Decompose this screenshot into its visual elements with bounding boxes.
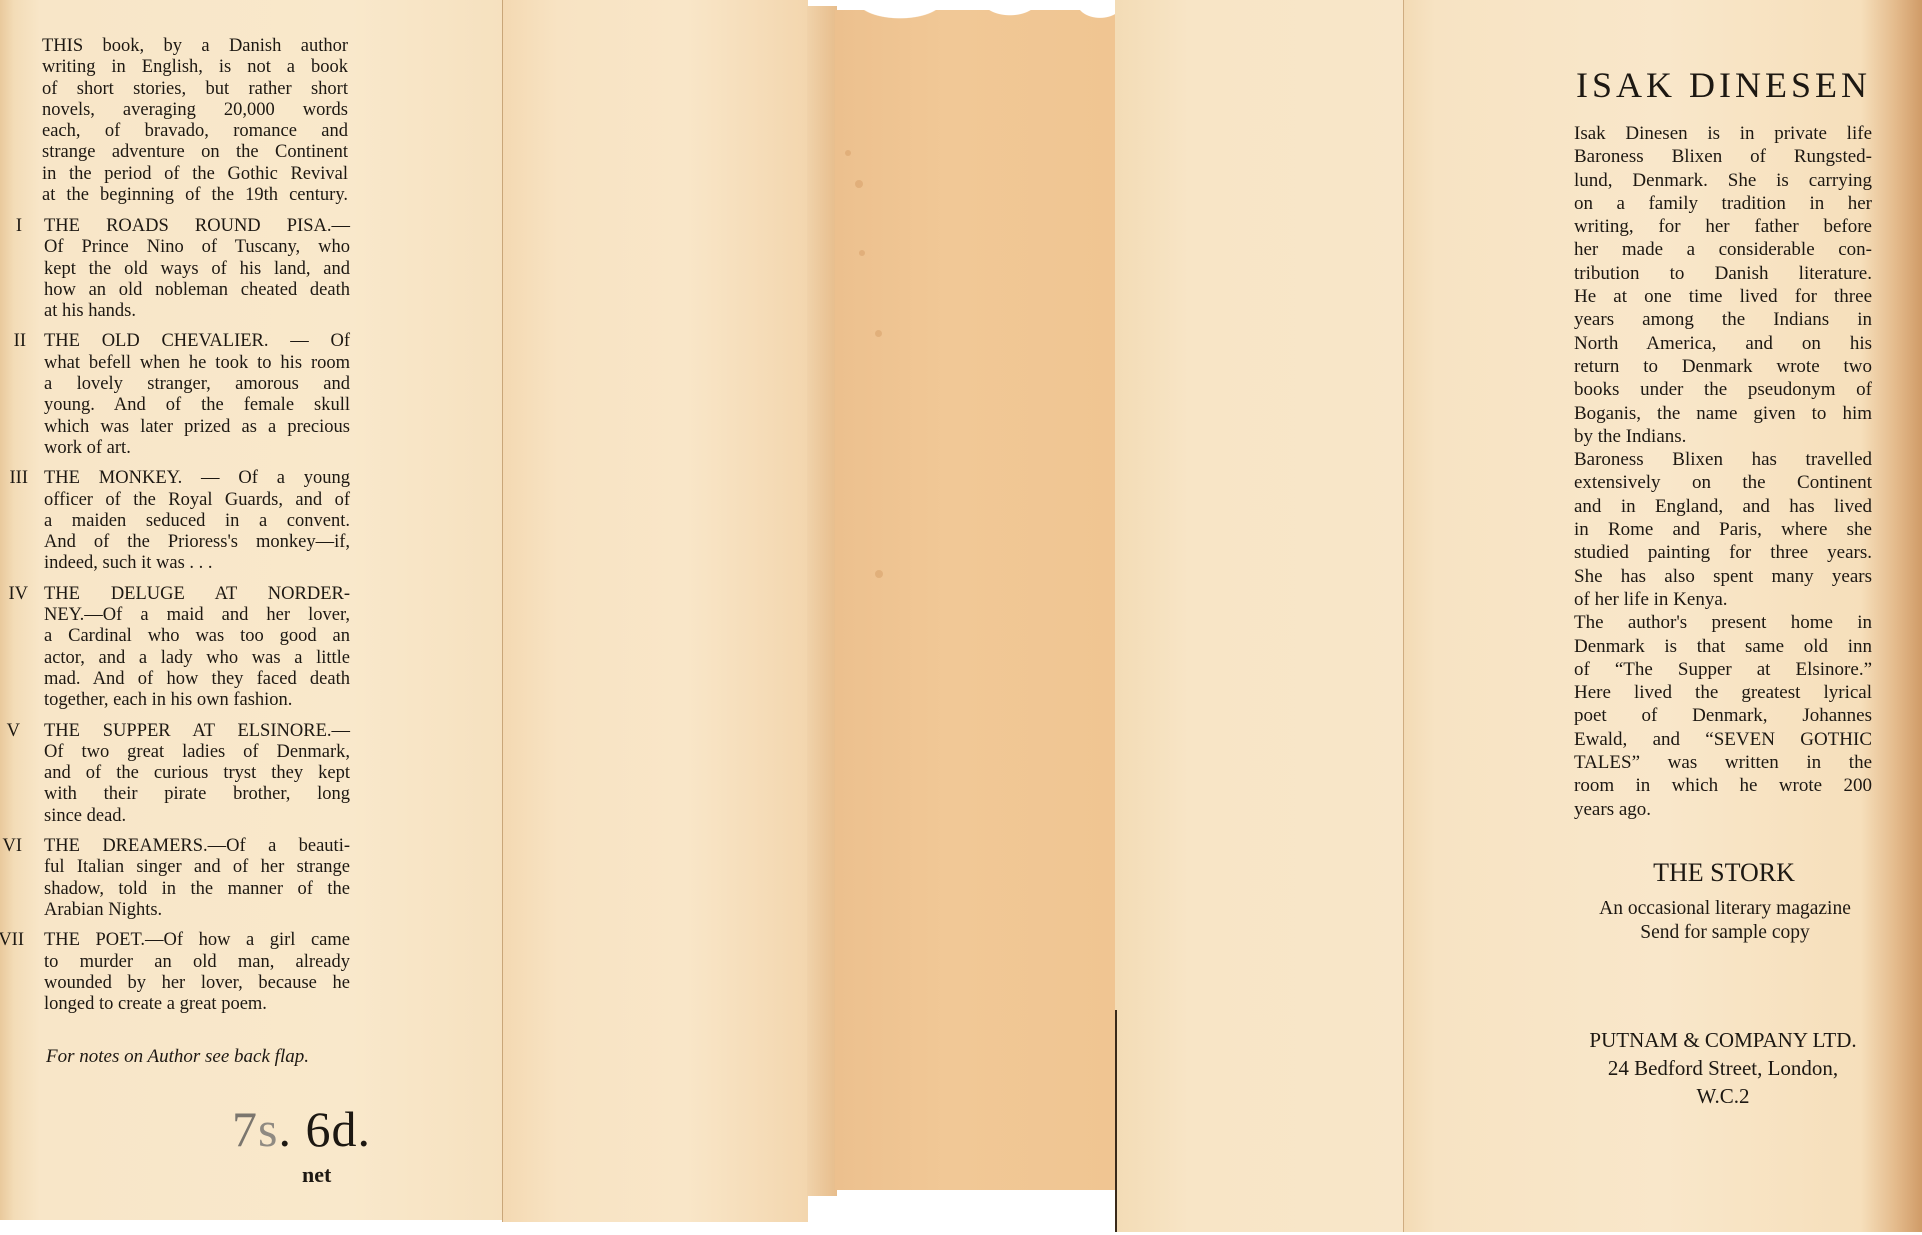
stain-spot bbox=[859, 250, 865, 256]
price-s: s bbox=[258, 1101, 278, 1157]
stain-spot bbox=[875, 570, 883, 578]
tale-title-line: THE SUPPER AT ELSINORE.— bbox=[44, 721, 350, 742]
bio-line: of her life in Kenya. bbox=[1574, 588, 1872, 611]
tale-line: ful Italian singer and of her strange bbox=[44, 857, 350, 878]
front-inner-panel bbox=[1115, 0, 1405, 1232]
tale-description: THE OLD CHEVALIER. — Of what befell when… bbox=[44, 331, 350, 459]
bio-line: studied painting for three years. bbox=[1574, 541, 1872, 564]
tale-entry: IV THE DELUGE AT NORDER- NEY.—Of a maid … bbox=[0, 584, 360, 712]
tale-title-line: THE ROADS ROUND PISA.— bbox=[44, 216, 350, 237]
bio-line: Baroness Blixen of Rungsted- bbox=[1574, 145, 1872, 168]
intro-line: in the period of the Gothic Revival bbox=[42, 164, 348, 185]
intro-line: of short stories, but rather short bbox=[42, 79, 348, 100]
tale-line: a lovely stranger, amorous and bbox=[44, 374, 350, 395]
bio-line: Isak Dinesen is in private life bbox=[1574, 122, 1872, 145]
publisher-address: 24 Bedford Street, London, bbox=[1558, 1056, 1888, 1081]
bio-line: poet of Denmark, Johannes bbox=[1574, 704, 1872, 727]
intro-line: each, of bravado, romance and bbox=[42, 121, 348, 142]
tale-entry: III THE MONKEY. — Of a young officer of … bbox=[0, 468, 360, 574]
bio-line: of “The Supper at Elsinore.” bbox=[1574, 658, 1872, 681]
tale-line: wounded by her lover, because he bbox=[44, 973, 350, 994]
tale-line: with their pirate brother, long bbox=[44, 784, 350, 805]
tale-entry: II THE OLD CHEVALIER. — Of what befell w… bbox=[0, 331, 360, 459]
tale-line: since dead. bbox=[44, 806, 350, 827]
tale-line: at his hands. bbox=[44, 301, 350, 322]
tale-title-line: THE POET.—Of how a girl came bbox=[44, 930, 350, 951]
author-name-heading: ISAK DINESEN bbox=[1576, 64, 1871, 106]
tale-description: THE DELUGE AT NORDER- NEY.—Of a maid and… bbox=[44, 584, 350, 712]
tale-line: Of Prince Nino of Tuscany, who bbox=[44, 237, 350, 258]
tale-line: young. And of the female skull bbox=[44, 395, 350, 416]
bio-line: and in England, and has lived bbox=[1574, 495, 1872, 518]
tale-numeral: II bbox=[0, 331, 26, 352]
tale-line: a maiden seduced in a convent. bbox=[44, 511, 350, 532]
tale-entry: VII THE POET.—Of how a girl came to murd… bbox=[0, 930, 360, 1015]
price-net-label: net bbox=[302, 1162, 331, 1188]
tale-description: THE SUPPER AT ELSINORE.— Of two great la… bbox=[44, 721, 350, 827]
tale-entry: V THE SUPPER AT ELSINORE.— Of two great … bbox=[0, 721, 360, 827]
tale-line: a Cardinal who was too good an bbox=[44, 626, 350, 647]
tale-entry: I THE ROADS ROUND PISA.— Of Prince Nino … bbox=[0, 216, 360, 322]
bio-line: lund, Denmark. She is carrying bbox=[1574, 169, 1872, 192]
tale-line: officer of the Royal Guards, and of bbox=[44, 490, 350, 511]
tale-line: shadow, told in the manner of the bbox=[44, 879, 350, 900]
price-pence: . 6d. bbox=[278, 1101, 371, 1157]
bio-line: in Rome and Paris, where she bbox=[1574, 518, 1872, 541]
tale-line: work of art. bbox=[44, 438, 350, 459]
tale-title-line: THE DELUGE AT NORDER- bbox=[44, 584, 350, 605]
bio-line: years ago. bbox=[1574, 798, 1872, 821]
tale-description: THE MONKEY. — Of a young officer of the … bbox=[44, 468, 350, 574]
intro-line: writing in English, is not a book bbox=[42, 57, 348, 78]
bio-line: tribution to Danish literature. bbox=[1574, 262, 1872, 285]
tale-line: and of the curious tryst they kept bbox=[44, 763, 350, 784]
bio-line: her made a considerable con- bbox=[1574, 238, 1872, 261]
tale-numeral: VI bbox=[0, 836, 22, 857]
stain-spot bbox=[845, 150, 851, 156]
bio-line: on a family tradition in her bbox=[1574, 192, 1872, 215]
bio-line: years among the Indians in bbox=[1574, 308, 1872, 331]
tale-line: how an old nobleman cheated death bbox=[44, 280, 350, 301]
spine-fold-shadow bbox=[807, 6, 837, 1196]
price: 7s. 6d. bbox=[232, 1100, 371, 1158]
tale-title-line: THE MONKEY. — Of a young bbox=[44, 468, 350, 489]
flap-intro-paragraph: THIS book, by a Danish author writing in… bbox=[42, 36, 348, 206]
tale-line: mad. And of how they faced death bbox=[44, 669, 350, 690]
tale-line: Of two great ladies of Denmark, bbox=[44, 742, 350, 763]
tale-description: THE ROADS ROUND PISA.— Of Prince Nino of… bbox=[44, 216, 350, 322]
bio-line: Here lived the greatest lyrical bbox=[1574, 681, 1872, 704]
intro-line: at the beginning of the 19th century. bbox=[42, 185, 348, 206]
stain-spot bbox=[875, 330, 882, 337]
tale-line: longed to create a great poem. bbox=[44, 994, 350, 1015]
tale-numeral: V bbox=[0, 721, 20, 742]
bio-line: The author's present home in bbox=[1574, 611, 1872, 634]
tale-numeral: III bbox=[0, 468, 28, 489]
bio-line: He at one time lived for three bbox=[1574, 285, 1872, 308]
tale-line: what befell when he took to his room bbox=[44, 353, 350, 374]
bio-line: Denmark is that same old inn bbox=[1574, 635, 1872, 658]
spine-panel bbox=[835, 10, 1115, 1190]
intro-line: THIS book, by a Danish author bbox=[42, 36, 348, 57]
publisher-postcode: W.C.2 bbox=[1558, 1084, 1888, 1109]
tale-title-line: THE OLD CHEVALIER. — Of bbox=[44, 331, 350, 352]
bio-line: Baroness Blixen has travelled bbox=[1574, 448, 1872, 471]
tale-numeral: IV bbox=[0, 584, 28, 605]
tales-list: I THE ROADS ROUND PISA.— Of Prince Nino … bbox=[0, 216, 360, 1024]
bio-line: She has also spent many years bbox=[1574, 565, 1872, 588]
stork-sample-offer: Send for sample copy bbox=[1560, 922, 1890, 944]
tale-numeral: I bbox=[0, 216, 22, 237]
tale-line: which was later prized as a precious bbox=[44, 417, 350, 438]
tale-line: to murder an old man, already bbox=[44, 952, 350, 973]
tale-line: together, each in his own fashion. bbox=[44, 690, 350, 711]
publisher-name: PUTNAM & COMPANY LTD. bbox=[1558, 1028, 1888, 1053]
back-flap-note: For notes on Author see back flap. bbox=[46, 1046, 309, 1068]
stain-spot bbox=[855, 180, 863, 188]
tale-numeral: VII bbox=[0, 930, 24, 951]
torn-spine-top bbox=[840, 0, 1130, 60]
bio-line: writing, for her father before bbox=[1574, 215, 1872, 238]
bio-line: extensively on the Continent bbox=[1574, 471, 1872, 494]
stork-heading: THE STORK bbox=[1574, 858, 1874, 888]
tale-description: THE DREAMERS.—Of a beauti- ful Italian s… bbox=[44, 836, 350, 921]
bio-line: books under the pseudonym of bbox=[1574, 378, 1872, 401]
intro-line: strange adventure on the Continent bbox=[42, 142, 348, 163]
stork-description: An occasional literary magazine bbox=[1560, 898, 1890, 920]
tale-line: NEY.—Of a maid and her lover, bbox=[44, 605, 350, 626]
tale-line: actor, and a lady who was a little bbox=[44, 648, 350, 669]
back-inner-panel bbox=[502, 0, 808, 1222]
bio-line: North America, and on his bbox=[1574, 332, 1872, 355]
tale-line: And of the Prioress's monkey—if, bbox=[44, 532, 350, 553]
book-dust-jacket: THIS book, by a Danish author writing in… bbox=[0, 0, 1922, 1235]
tale-line: indeed, such it was . . . bbox=[44, 553, 350, 574]
bio-line: return to Denmark wrote two bbox=[1574, 355, 1872, 378]
author-biography: Isak Dinesen is in private life Baroness… bbox=[1574, 122, 1872, 821]
bio-line: TALES” was written in the bbox=[1574, 751, 1872, 774]
tale-line: kept the old ways of his land, and bbox=[44, 259, 350, 280]
bio-line: by the Indians. bbox=[1574, 425, 1872, 448]
tale-entry: VI THE DREAMERS.—Of a beauti- ful Italia… bbox=[0, 836, 360, 921]
tale-line: Arabian Nights. bbox=[44, 900, 350, 921]
tale-description: THE POET.—Of how a girl came to murder a… bbox=[44, 930, 350, 1015]
price-shillings: 7 bbox=[232, 1101, 258, 1157]
bio-line: Ewald, and “SEVEN GOTHIC bbox=[1574, 728, 1872, 751]
tale-title-line: THE DREAMERS.—Of a beauti- bbox=[44, 836, 350, 857]
bio-line: Boganis, the name given to him bbox=[1574, 402, 1872, 425]
intro-line: novels, averaging 20,000 words bbox=[42, 100, 348, 121]
bio-line: room in which he wrote 200 bbox=[1574, 774, 1872, 797]
